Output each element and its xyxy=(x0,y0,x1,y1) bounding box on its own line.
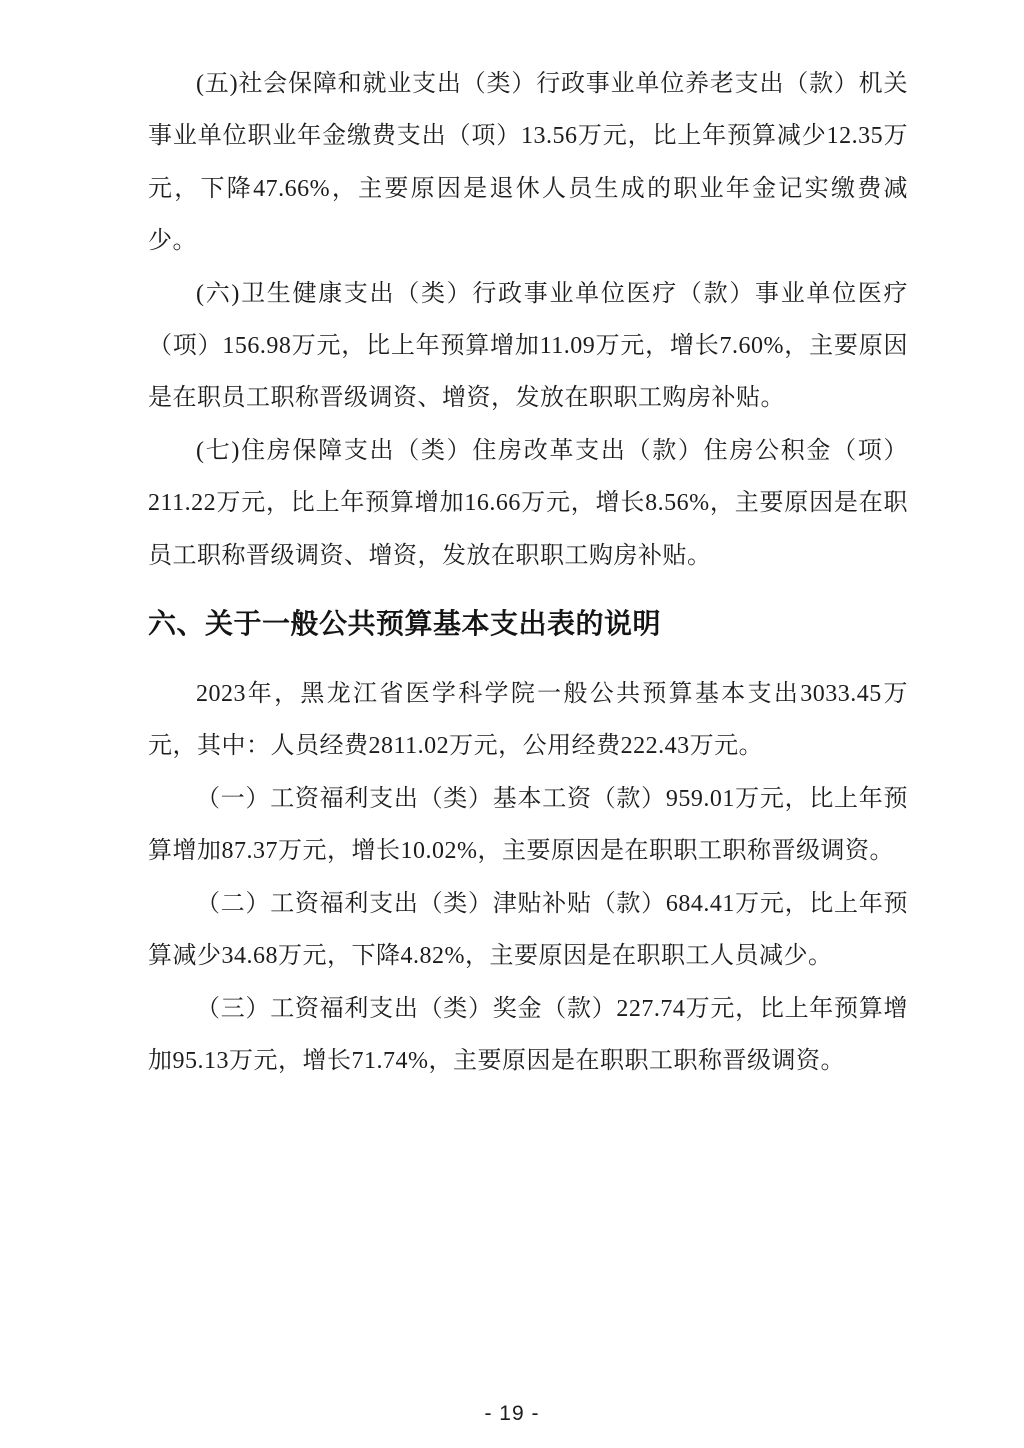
document-page: (五)社会保障和就业支出（类）行政事业单位养老支出（款）机关事业单位职业年金缴费… xyxy=(0,0,1024,1448)
paragraph-social-security-employment-expenditure: (五)社会保障和就业支出（类）行政事业单位养老支出（款）机关事业单位职业年金缴费… xyxy=(148,58,908,268)
section-six-heading: 六、关于一般公共预算基本支出表的说明 xyxy=(148,606,908,642)
paragraph-bonus: （三）工资福利支出（类）奖金（款）227.74万元，比上年预算增加95.13万元… xyxy=(148,983,908,1088)
page-number: - 19 - xyxy=(484,1402,539,1425)
paragraph-basic-expenditure-overview: 2023年，黑龙江省医学科学院一般公共预算基本支出3033.45万元，其中：人员… xyxy=(148,668,908,773)
paragraph-health-expenditure: (六)卫生健康支出（类）行政事业单位医疗（款）事业单位医疗（项）156.98万元… xyxy=(148,268,908,425)
paragraph-housing-security-expenditure: (七)住房保障支出（类）住房改革支出（款）住房公积金（项）211.22万元，比上… xyxy=(148,425,908,582)
page-footer: - 19 - xyxy=(0,1402,1024,1426)
document-content: (五)社会保障和就业支出（类）行政事业单位养老支出（款）机关事业单位职业年金缴费… xyxy=(148,58,908,1087)
paragraph-basic-salary: （一）工资福利支出（类）基本工资（款）959.01万元，比上年预算增加87.37… xyxy=(148,773,908,878)
paragraph-allowances-subsidies: （二）工资福利支出（类）津贴补贴（款）684.41万元，比上年预算减少34.68… xyxy=(148,878,908,983)
